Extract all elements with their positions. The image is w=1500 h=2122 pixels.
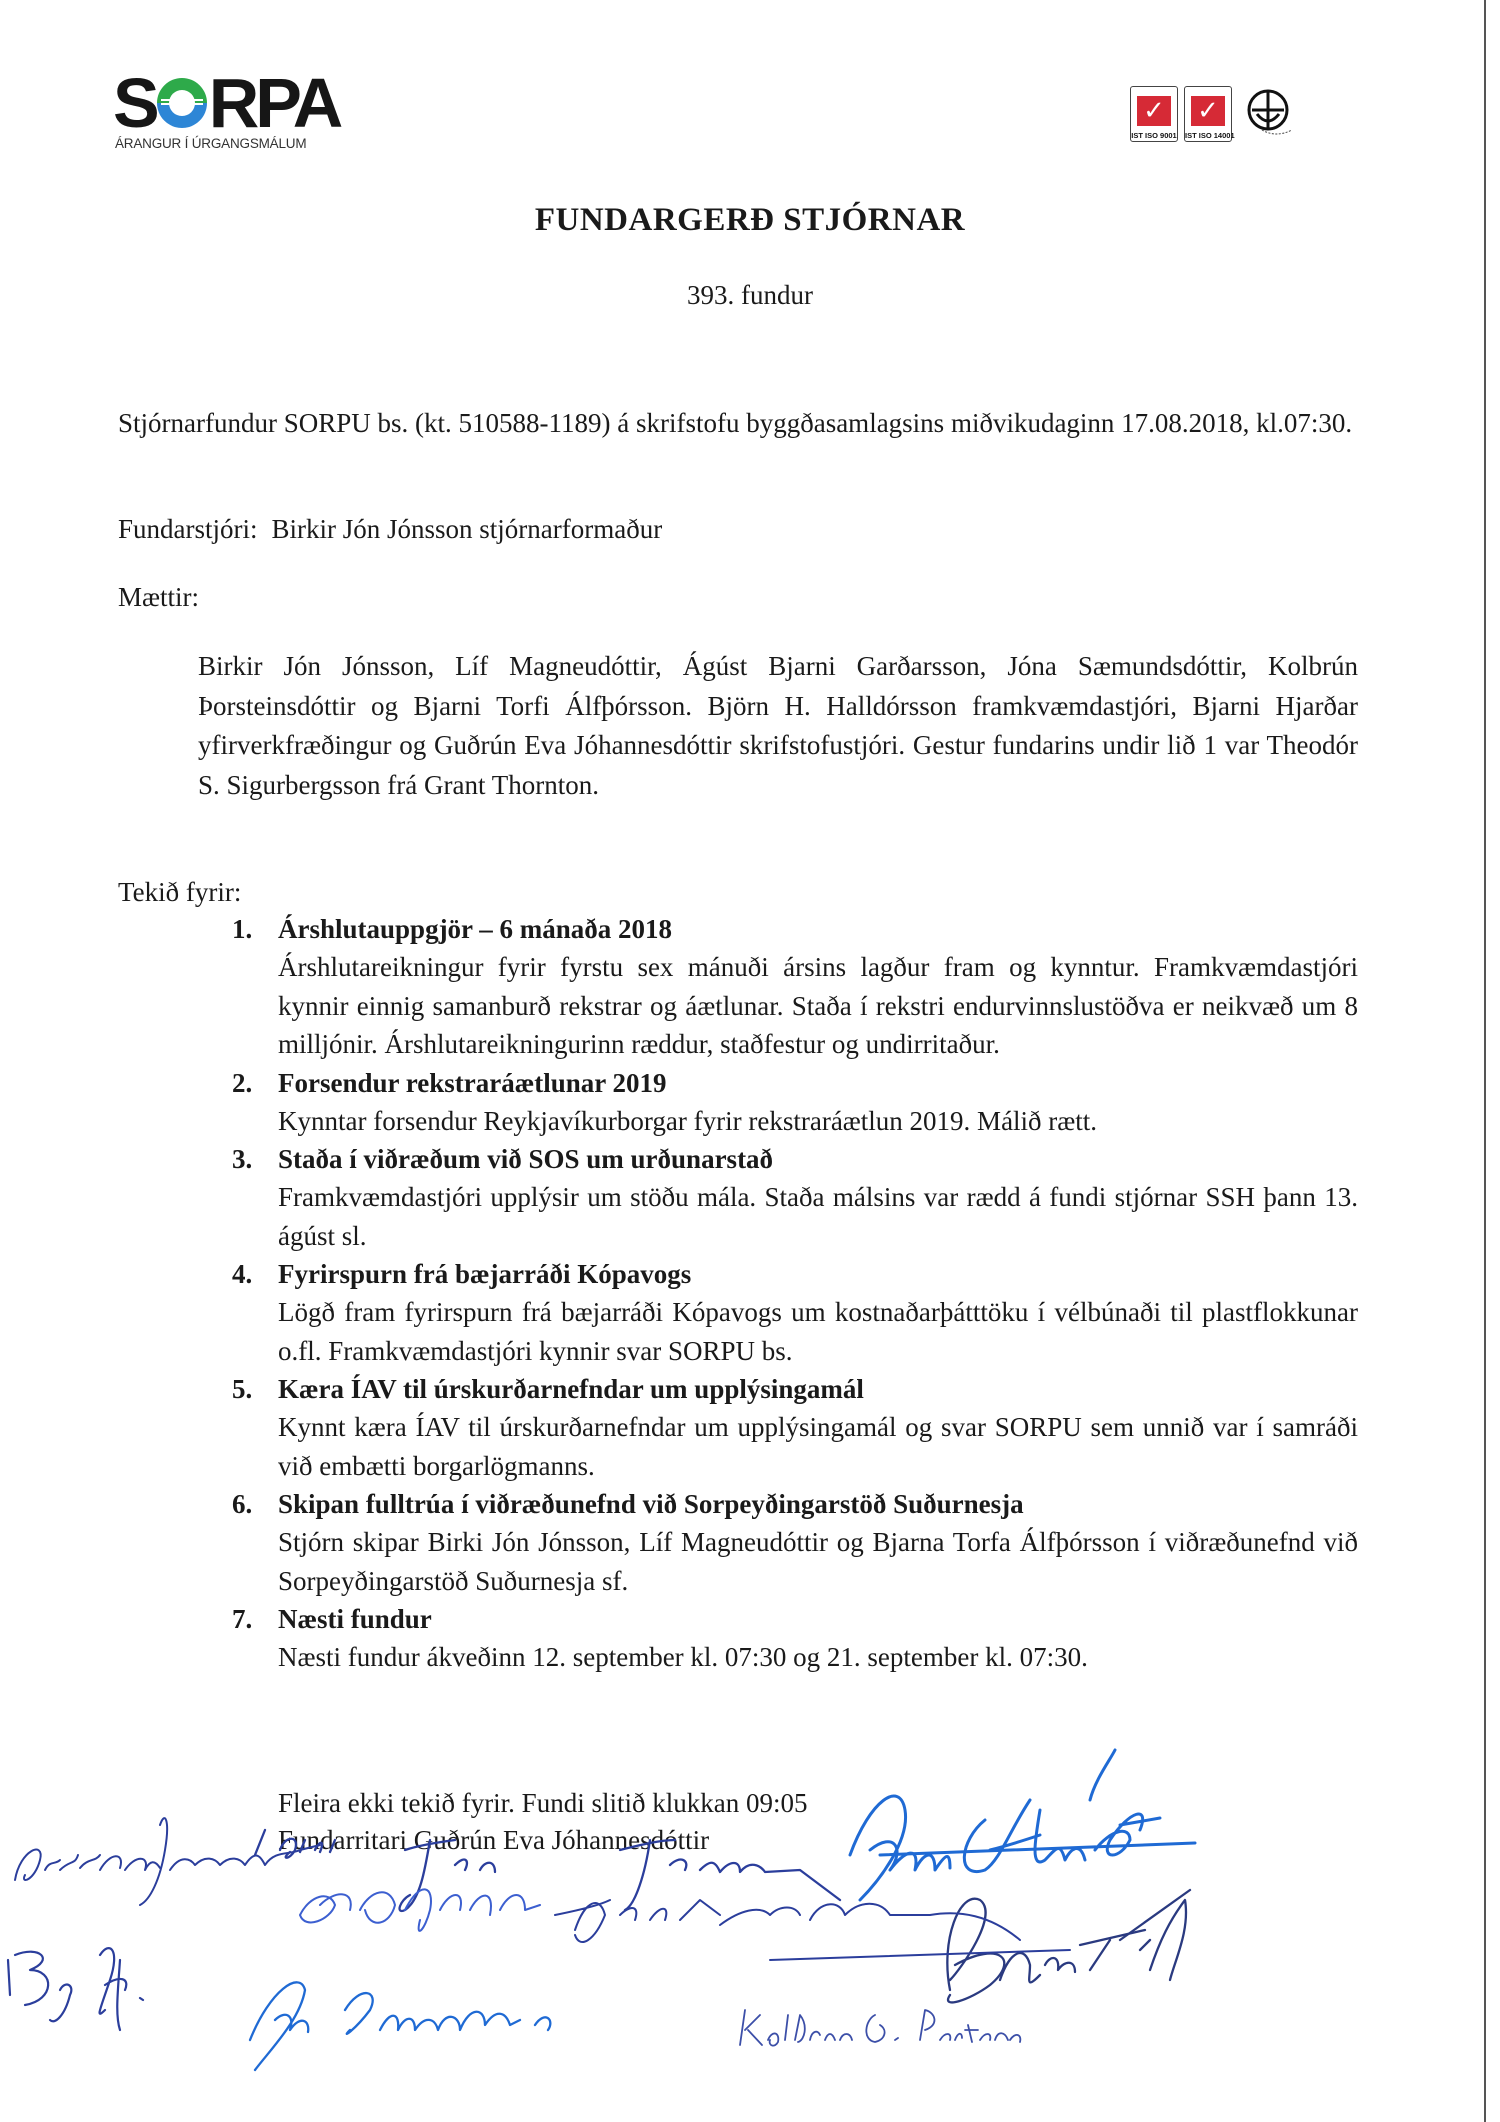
agenda-item: 6. Skipan fulltrúa í viðræðunefnd við So… [232,1485,1358,1600]
signature-gudrun [15,1818,320,1905]
checkmark-icon: ✓ [1137,96,1171,126]
logo-letter-s: S [113,70,156,136]
meeting-chair: Fundarstjóri:Birkir Jón Jónsson stjórnar… [118,510,662,548]
iso-9001-badge: ✓ IST ISO 9001 [1130,86,1178,142]
agenda-label: Tekið fyrir: [118,873,241,911]
iso-9001-label: IST ISO 9001 [1131,131,1177,140]
swan-ecolabel-icon [1242,86,1298,142]
logo-tagline: ÁRANGUR Í ÚRGANGSMÁLUM [115,136,306,151]
logo-wordmark: SRPA [113,70,339,136]
agenda-item-number: 3. [232,1140,252,1178]
agenda-item-body: Næsti fundur ákveðinn 12. september kl. … [278,1638,1358,1677]
signature-bjarni-torfi [947,1890,1190,2002]
agenda-item: 4. Fyrirspurn frá bæjarráði Kópavogs Lög… [232,1255,1358,1370]
page-edge-line [1484,0,1486,2122]
agenda-item-title: Staða í viðræðum við SOS um urðunarstað [278,1140,1358,1178]
agenda-item-body: Árshlutareikningur fyrir fyrstu sex mánu… [278,948,1358,1064]
signature-agust [555,1900,1070,1960]
agenda-item-title: Kæra ÍAV til úrskurðarnefndar um upplýsi… [278,1370,1358,1408]
iso-14001-label: IST ISO 14001 [1185,131,1231,140]
agenda-item: 1. Árshlutauppgjör – 6 mánaða 2018 Árshl… [232,910,1358,1064]
agenda-item-number: 2. [232,1064,252,1102]
signature-kolbrun [740,2010,1020,2046]
recycle-globe-icon [157,78,207,128]
agenda-item-number: 6. [232,1485,252,1523]
agenda-item-body: Lögð fram fyrirspurn frá bæjarráði Kópav… [278,1293,1358,1370]
agenda-item-body: Framkvæmdastjóri upplýsir um stöðu mála.… [278,1178,1358,1255]
agenda-item-title: Skipan fulltrúa í viðræðunefnd við Sorpe… [278,1485,1358,1523]
agenda-item-title: Árshlutauppgjör – 6 mánaða 2018 [278,910,1358,948]
chair-label: Fundarstjóri: [118,514,258,544]
meeting-intro: Stjórnarfundur SORPU bs. (kt. 510588-118… [118,404,1358,442]
iso-14001-badge: ✓ IST ISO 14001 [1184,86,1232,142]
sorpa-logo: SRPA ÁRANGUR Í ÚRGANGSMÁLUM [113,70,343,155]
agenda-item-number: 5. [232,1370,252,1408]
agenda-item-number: 1. [232,910,252,948]
minute-taker: Fundarritari Guðrún Eva Jóhannesdóttir [278,1822,807,1859]
agenda-item: 7. Næsti fundur Næsti fundur ákveðinn 12… [232,1600,1358,1677]
signature-bj-h [8,1948,143,2030]
agenda-item-number: 4. [232,1255,252,1293]
signature-bjorn [850,1750,1195,1900]
agenda-item: 3. Staða í viðræðum við SOS um urðunarst… [232,1140,1358,1255]
chair-value: Birkir Jón Jónsson stjórnarformaður [272,514,663,544]
logo-letters-rpa: RPA [209,70,340,136]
agenda-item: 5. Kæra ÍAV til úrskurðarnefndar um uppl… [232,1370,1358,1485]
document-title: FUNDARGERÐ STJÓRNAR [0,202,1500,239]
agenda-item-title: Fyrirspurn frá bæjarráði Kópavogs [278,1255,1358,1293]
closing-statement: Fleira ekki tekið fyrir. Fundi slitið kl… [278,1785,807,1859]
attendees-list: Birkir Jón Jónsson, Líf Magneudóttir, Ág… [198,647,1358,805]
checkmark-icon: ✓ [1191,96,1225,126]
agenda-item: 2. Forsendur rekstraráætlunar 2019 Kynnt… [232,1064,1358,1141]
agenda-item-body: Kynnt kæra ÍAV til úrskurðarnefndar um u… [278,1408,1358,1485]
closing-line: Fleira ekki tekið fyrir. Fundi slitið kl… [278,1785,807,1822]
attendees-label: Mættir: [118,578,199,616]
certification-badges: ✓ IST ISO 9001 ✓ IST ISO 14001 [1130,86,1298,142]
agenda-item-body: Stjórn skipar Birki Jón Jónsson, Líf Mag… [278,1523,1358,1600]
agenda-item-number: 7. [232,1600,252,1638]
agenda-list: 1. Árshlutauppgjör – 6 mánaða 2018 Árshl… [232,910,1358,1677]
signature-jona [250,1982,550,2070]
agenda-item-title: Forsendur rekstraráætlunar 2019 [278,1064,1358,1102]
agenda-item-title: Næsti fundur [278,1600,1358,1638]
signature-lif [300,1889,540,1931]
agenda-item-body: Kynntar forsendur Reykjavíkurborgar fyri… [278,1102,1358,1141]
meeting-number: 393. fundur [0,280,1500,311]
